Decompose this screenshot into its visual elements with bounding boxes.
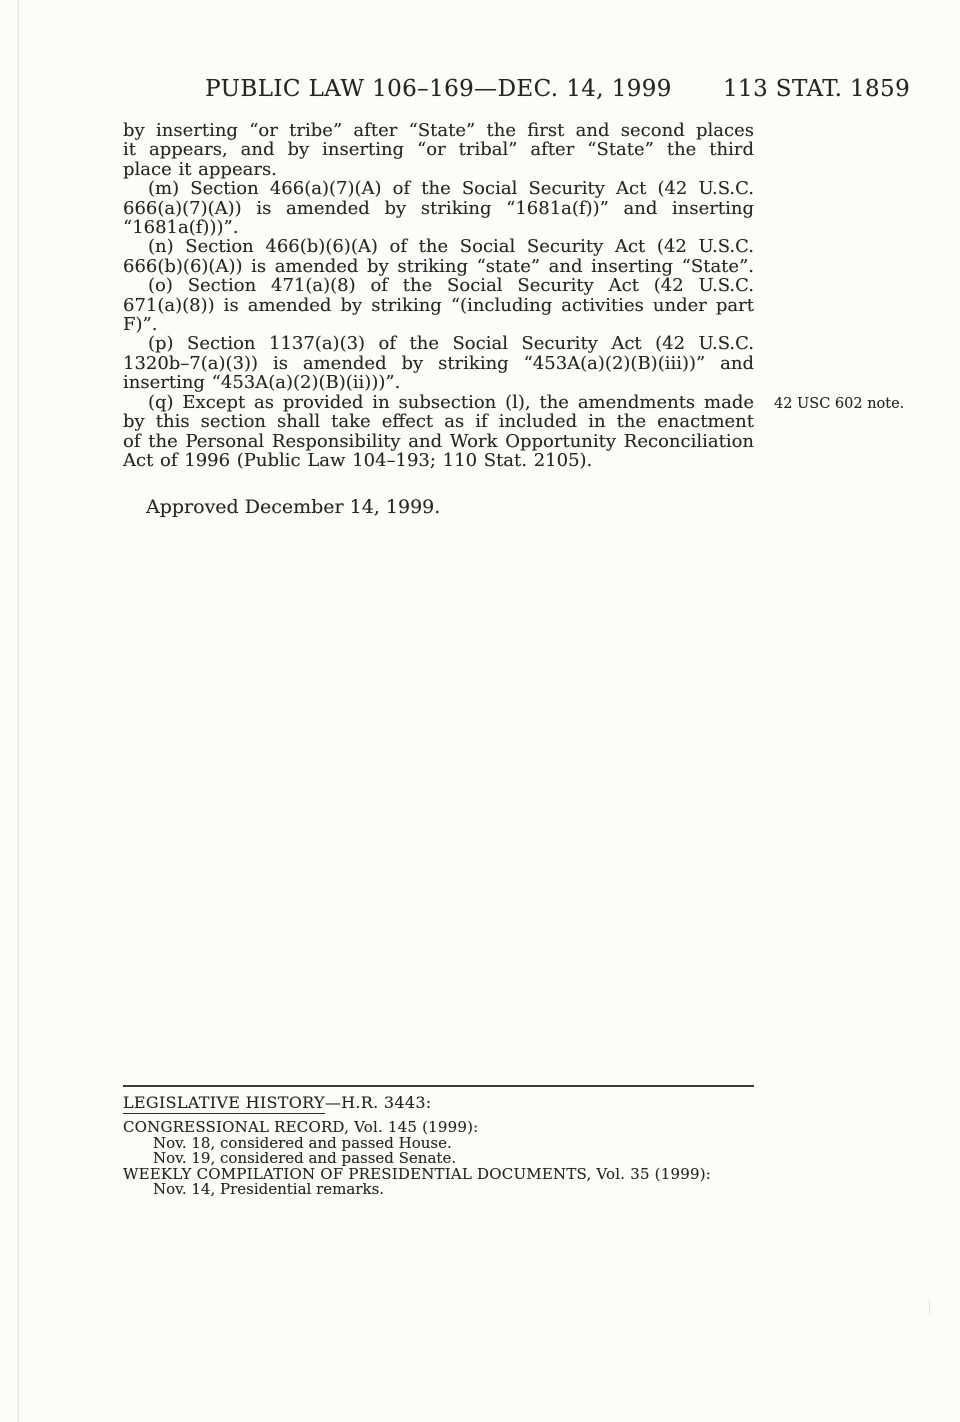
page-header-law-title: PUBLIC LAW 106–169—DEC. 14, 1999 — [123, 76, 754, 102]
body-line: it appears, and by inserting “or tribal”… — [123, 140, 754, 159]
body-line: (q) Except as provided in subsection (l)… — [123, 393, 754, 412]
body-line: 666(a)(7)(A)) is amended by striking “16… — [123, 199, 754, 218]
body-line: Act of 1996 (Public Law 104–193; 110 Sta… — [123, 451, 754, 470]
legislative-history-heading-underlined: LEGISLATIVE HISTORY — [123, 1093, 325, 1114]
body-line: by inserting “or tribe” after “State” th… — [123, 121, 754, 140]
body-line: (n) Section 466(b)(6)(A) of the Social S… — [123, 237, 754, 256]
scan-smudge-artifact — [929, 1300, 930, 1314]
body-line: of the Personal Responsibility and Work … — [123, 432, 754, 451]
body-line: (p) Section 1137(a)(3) of the Social Sec… — [123, 334, 754, 353]
weekly-compilation-item: Nov. 14, Presidential remarks. — [123, 1182, 754, 1198]
body-line: (m) Section 466(a)(7)(A) of the Social S… — [123, 179, 754, 198]
legislative-history-section: LEGISLATIVE HISTORY—H.R. 3443: CONGRESSI… — [123, 1085, 754, 1198]
statute-body-text: by inserting “or tribe” after “State” th… — [123, 121, 754, 470]
body-line: (o) Section 471(a)(8) of the Social Secu… — [123, 276, 754, 295]
body-line: “1681a(f)))”. — [123, 218, 754, 237]
body-line: by this section shall take effect as if … — [123, 412, 754, 431]
legislative-history-heading-bill-number: —H.R. 3443: — [325, 1093, 432, 1112]
body-line: inserting “453A(a)(2)(B)(ii)))”. — [123, 373, 754, 392]
approved-date-line: Approved December 14, 1999. — [146, 496, 646, 518]
legislative-history-heading: LEGISLATIVE HISTORY—H.R. 3443: — [123, 1093, 754, 1112]
body-line: 671(a)(8)) is amended by striking “(incl… — [123, 296, 754, 315]
page-header-stat-number: 113 STAT. 1859 — [723, 76, 898, 102]
usc-margin-note: 42 USC 602 note. — [774, 396, 909, 412]
scan-edge-artifact — [17, 0, 19, 1422]
body-line: place it appears. — [123, 160, 754, 179]
body-line: 1320b–7(a)(3)) is amended by striking “4… — [123, 354, 754, 373]
statute-page: PUBLIC LAW 106–169—DEC. 14, 1999 113 STA… — [0, 0, 960, 1422]
legislative-history-rule — [123, 1085, 754, 1087]
body-line: F)”. — [123, 315, 754, 334]
body-line: 666(b)(6)(A)) is amended by striking “st… — [123, 257, 754, 276]
